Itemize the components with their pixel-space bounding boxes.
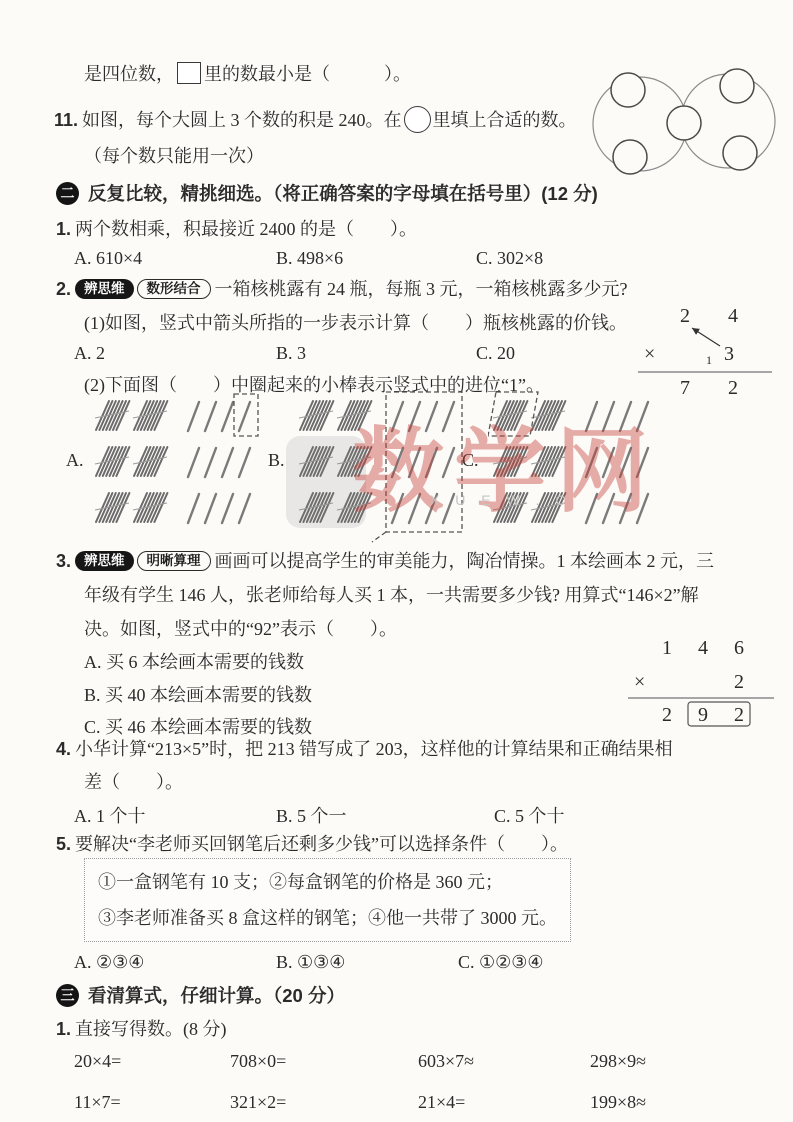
sticks-option-a-label: A. xyxy=(66,450,84,471)
calc-digit: 1 xyxy=(662,637,672,659)
s2-q4-line2: 差（ ）。 xyxy=(84,770,183,794)
node-circle xyxy=(613,140,647,174)
calc-item: 11×7= xyxy=(74,1092,121,1113)
think-skill-badge: 辨思维 xyxy=(75,279,134,299)
s2-q3-option-b: B. 买 40 本绘画本需要的钱数 xyxy=(84,681,312,707)
calc-digit: 9 xyxy=(698,704,708,726)
sticks-diagram-c xyxy=(488,390,660,544)
calc-digit: 7 xyxy=(680,377,690,396)
s2-q1-option-a: A. 610×4 xyxy=(74,248,142,269)
s2-question-3: 3.辨思维明晰算理画画可以提高学生的审美能力，陶冶情操。1 本绘画本 2 元，三 xyxy=(56,549,714,573)
sticks-diagram-b xyxy=(294,390,466,544)
question-11-number: 11. xyxy=(54,110,78,130)
s2-q5-option-b: B. ①③④ xyxy=(276,952,345,973)
vertical-multiplication-24x3: 2 4 × 1 3 7 2 xyxy=(630,296,780,396)
s2-q2-option-a: A. 2 xyxy=(74,343,105,364)
s3-q1-text: 直接写得数。(8 分) xyxy=(75,1019,227,1039)
s2-q5-option-c: C. ①②③④ xyxy=(458,952,544,973)
s2-question-4: 4.小华计算“213×5”时，把 213 错写成了 203，这样他的计算结果和正… xyxy=(56,737,673,761)
calc-digit: 2 xyxy=(734,671,744,693)
calc-item: 298×9≈ xyxy=(590,1051,646,1072)
node-circle xyxy=(720,69,754,103)
s3-question-1: 1.直接写得数。(8 分) xyxy=(56,1017,227,1041)
calc-item: 603×7≈ xyxy=(418,1051,474,1072)
s2-q5-text: 要解决“李老师买回钢笔后还剩多少钱”可以选择条件（ ）。 xyxy=(75,834,568,854)
conditions-line-2: ③李老师准备买 8 盒这样的钢笔；④他一共带了 3000 元。 xyxy=(98,900,557,936)
s2-q3-line3: 决。如图，竖式中的“92”表示（ ）。 xyxy=(84,617,397,641)
s2-question-1: 1.两个数相乘，积最接近 2400 的是（ ）。 xyxy=(56,217,417,241)
s2-q5-option-a: A. ②③④ xyxy=(74,952,144,973)
conditions-box: ①一盒钢笔有 10 支；②每盒钢笔的价格是 360 元； ③李老师准备买 8 盒… xyxy=(84,858,571,942)
conditions-line-1: ①一盒钢笔有 10 支；②每盒钢笔的价格是 360 元； xyxy=(98,864,557,900)
continuation-text-post: 里的数最小是（ ）。 xyxy=(204,64,411,84)
s2-q1-option-b: B. 498×6 xyxy=(276,248,343,269)
multiply-sign: × xyxy=(634,671,645,693)
calc-item: 708×0= xyxy=(230,1051,286,1072)
calc-digit: 2 xyxy=(734,704,744,726)
section-2-title: 反复比较，精挑细选。（将正确答案的字母填在括号里）(12 分) xyxy=(88,180,598,206)
calc-digit: 4 xyxy=(698,637,708,659)
s2-q4-option-b: B. 5 个一 xyxy=(276,802,347,828)
section-3-icon: 三 xyxy=(56,984,79,1007)
calc-item: 20×4= xyxy=(74,1051,121,1072)
s2-q3-option-a: A. 买 6 本绘画本需要的钱数 xyxy=(84,648,304,674)
node-circle xyxy=(723,136,757,170)
calc-digit: 2 xyxy=(728,377,738,396)
node-circle xyxy=(611,73,645,107)
s2-question-2: 2.辨思维数形结合一箱核桃露有 24 瓶，每瓶 3 元，一箱核桃露多少元? xyxy=(56,277,628,301)
question-11-note: （每个数只能用一次） xyxy=(84,144,264,168)
question-11: 11.如图，每个大圆上 3 个数的积是 240。在里填上合适的数。 xyxy=(54,106,577,133)
section-3-title: 看清算式，仔细计算。（20 分） xyxy=(88,982,345,1008)
s2-q3-number: 3. xyxy=(56,551,71,571)
step-arrow xyxy=(692,328,720,346)
multiply-sign: × xyxy=(644,343,655,365)
s2-q1-number: 1. xyxy=(56,219,71,239)
vertical-multiplication-146x2: 1 4 6 × 2 2 9 2 xyxy=(622,630,784,728)
think-skill-badge: 辨思维 xyxy=(75,551,134,571)
calc-item: 21×4= xyxy=(418,1092,465,1113)
s2-q3-line1: 画画可以提高学生的审美能力，陶冶情操。1 本绘画本 2 元，三 xyxy=(215,551,715,571)
circle-blank xyxy=(404,106,431,133)
calc-digit: 2 xyxy=(662,704,672,726)
s2-q1-text: 两个数相乘，积最接近 2400 的是（ ）。 xyxy=(75,219,417,239)
calc-digit: 4 xyxy=(728,305,738,327)
worksheet-page: 是四位数，里的数最小是（ ）。 11.如图，每个大圆上 3 个数的积是 240。… xyxy=(0,0,793,1122)
sticks-diagram-a xyxy=(90,390,262,544)
number-circles-diagram xyxy=(585,56,790,188)
shape-number-badge: 数形结合 xyxy=(137,279,211,299)
section-2-icon: 二 xyxy=(56,182,79,205)
s3-q1-number: 1. xyxy=(56,1019,71,1039)
s2-q4-number: 4. xyxy=(56,739,71,759)
section-2-header: 二 反复比较，精挑细选。（将正确答案的字母填在括号里）(12 分) xyxy=(56,180,598,206)
node-circle xyxy=(667,106,701,140)
s2-q4-line1: 小华计算“213×5”时，把 213 错写成了 203，这样他的计算结果和正确结… xyxy=(75,739,673,759)
calc-item: 321×2= xyxy=(230,1092,286,1113)
s2-q2-number: 2. xyxy=(56,279,71,299)
calc-digit: 6 xyxy=(734,637,744,659)
s2-q2-option-b: B. 3 xyxy=(276,343,306,364)
s2-q2-text: 一箱核桃露有 24 瓶，每瓶 3 元，一箱核桃露多少元? xyxy=(215,279,628,299)
s2-q4-option-a: A. 1 个十 xyxy=(74,802,146,828)
calc-digit: 2 xyxy=(680,305,690,327)
s2-q1-option-c: C. 302×8 xyxy=(476,248,543,269)
continuation-text-pre: 是四位数， xyxy=(84,64,174,84)
question-11-text-post: 里填上合适的数。 xyxy=(433,110,577,130)
s2-q3-option-c: C. 买 46 本绘画本需要的钱数 xyxy=(84,713,312,739)
continuation-line: 是四位数，里的数最小是（ ）。 xyxy=(84,62,411,86)
carry-digit: 1 xyxy=(706,353,712,367)
s2-q3-line2: 年级有学生 146 人，张老师给每人买 1 本，一共需要多少钱? 用算式“146… xyxy=(84,583,699,607)
s2-question-5: 5.要解决“李老师买回钢笔后还剩多少钱”可以选择条件（ ）。 xyxy=(56,832,568,856)
sticks-option-b-label: B. xyxy=(268,450,285,471)
s2-q5-number: 5. xyxy=(56,834,71,854)
calc-digit: 3 xyxy=(724,343,734,365)
s2-q2-sub1: (1)如图，竖式中箭头所指的一步表示计算（ ）瓶核桃露的价钱。 xyxy=(84,311,627,335)
s2-q4-option-c: C. 5 个十 xyxy=(494,802,565,828)
clear-reasoning-badge: 明晰算理 xyxy=(137,551,211,571)
calc-item: 199×8≈ xyxy=(590,1092,646,1113)
question-11-text-pre: 如图，每个大圆上 3 个数的积是 240。在 xyxy=(82,110,402,130)
s2-q2-option-c: C. 20 xyxy=(476,343,515,364)
section-3-header: 三 看清算式，仔细计算。（20 分） xyxy=(56,982,345,1008)
answer-box xyxy=(177,62,201,84)
